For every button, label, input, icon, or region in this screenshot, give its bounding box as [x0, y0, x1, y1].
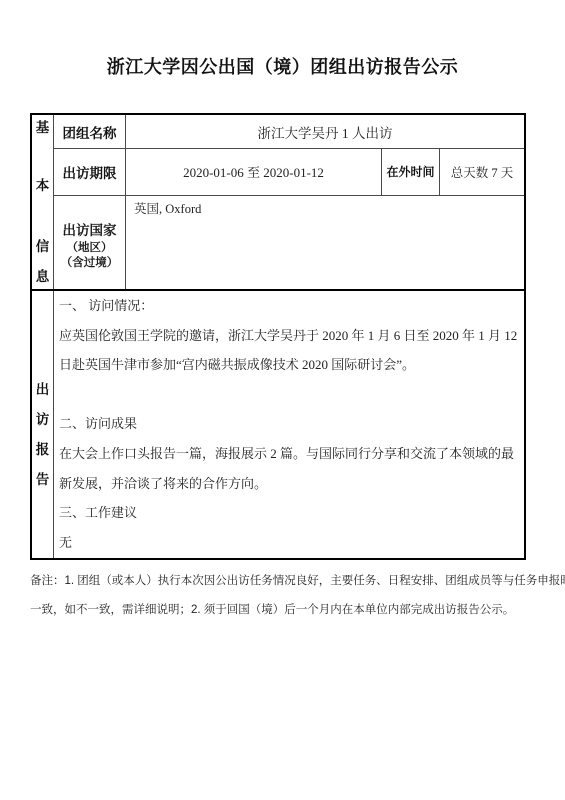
report-line	[59, 380, 524, 410]
note-line: 备注：1. 团组（或本人）执行本次因公出访任务情况良好，主要任务、日程安排、团组…	[30, 567, 550, 596]
report-line: 一、 访问情况：	[59, 291, 524, 321]
side-label-char: 报	[32, 441, 53, 459]
report-line: 无	[59, 528, 524, 558]
group-name-label-cell: 团组名称	[54, 115, 125, 148]
note-line: 一致，如不一致，需详细说明；2. 须于回国（境）后一个月内在本单位内部完成出访报…	[30, 596, 550, 625]
document-page: 浙江大学因公出国（境）团组出访报告公示 基 本 信 息 团组名称 浙江大学吴丹 …	[0, 0, 565, 800]
report-line: 日赴英国牛津市参加“宫内磁共振成像技术 2020 国际研讨会”。	[59, 350, 524, 380]
destination-value: 英国, Oxford	[134, 201, 201, 217]
side-label-char: 信	[32, 238, 53, 256]
side-label-char: 息	[32, 268, 53, 286]
visit-period-label: 出访期限	[63, 162, 117, 182]
visit-period-label-cell: 出访期限	[54, 148, 125, 195]
report-line: 新发展，并洽谈了将来的合作方向。	[59, 469, 524, 499]
destination-label-line: （地区）	[67, 241, 113, 256]
total-days-value: 总天数 7 天	[451, 163, 514, 181]
total-days-value-cell: 总天数 7 天	[440, 148, 524, 195]
group-name-value: 浙江大学吴丹 1 人出访	[258, 122, 393, 142]
side-label-char: 基	[32, 119, 53, 137]
side-label-char: 告	[32, 471, 53, 489]
report-line: 在大会上作口头报告一篇，海报展示 2 篇。与国际同行分享和交流了本领域的最	[59, 439, 524, 469]
destination-label-cell: 出访国家 （地区） （含过境）	[54, 195, 125, 290]
page-title: 浙江大学因公出国（境）团组出访报告公示	[0, 53, 565, 79]
time-abroad-label: 在外时间	[386, 163, 434, 180]
report-line: 三、工作建议	[59, 498, 524, 528]
side-label-char: 出	[32, 381, 53, 399]
notes-footer: 备注：1. 团组（或本人）执行本次因公出访任务情况良好，主要任务、日程安排、团组…	[30, 567, 550, 624]
destination-label-line: 出访国家	[63, 220, 117, 241]
report-table: 基 本 信 息 团组名称 浙江大学吴丹 1 人出访 出访期限 2020-01-0…	[30, 113, 526, 560]
report-line: 二、访问成果	[59, 409, 524, 439]
group-name-value-cell: 浙江大学吴丹 1 人出访	[126, 115, 524, 148]
destination-value-cell: 英国, Oxford	[126, 195, 524, 290]
visit-report-content: 一、 访问情况： 应英国伦敦国王学院的邀请，浙江大学吴丹于 2020 年 1 月…	[54, 291, 524, 558]
visit-period-value: 2020-01-06 至 2020-01-12	[183, 162, 324, 181]
side-label-char: 访	[32, 411, 53, 429]
destination-label-line: （含过境）	[61, 256, 119, 271]
basic-info-side-label: 基 本 信 息	[32, 115, 53, 290]
visit-period-value-cell: 2020-01-06 至 2020-01-12	[126, 148, 381, 195]
visit-report-side-label: 出 访 报 告	[32, 291, 53, 558]
time-abroad-label-cell: 在外时间	[382, 148, 439, 195]
report-line: 应英国伦敦国王学院的邀请，浙江大学吴丹于 2020 年 1 月 6 日至 202…	[59, 321, 524, 351]
group-name-label: 团组名称	[63, 122, 117, 142]
side-label-char: 本	[32, 177, 53, 195]
